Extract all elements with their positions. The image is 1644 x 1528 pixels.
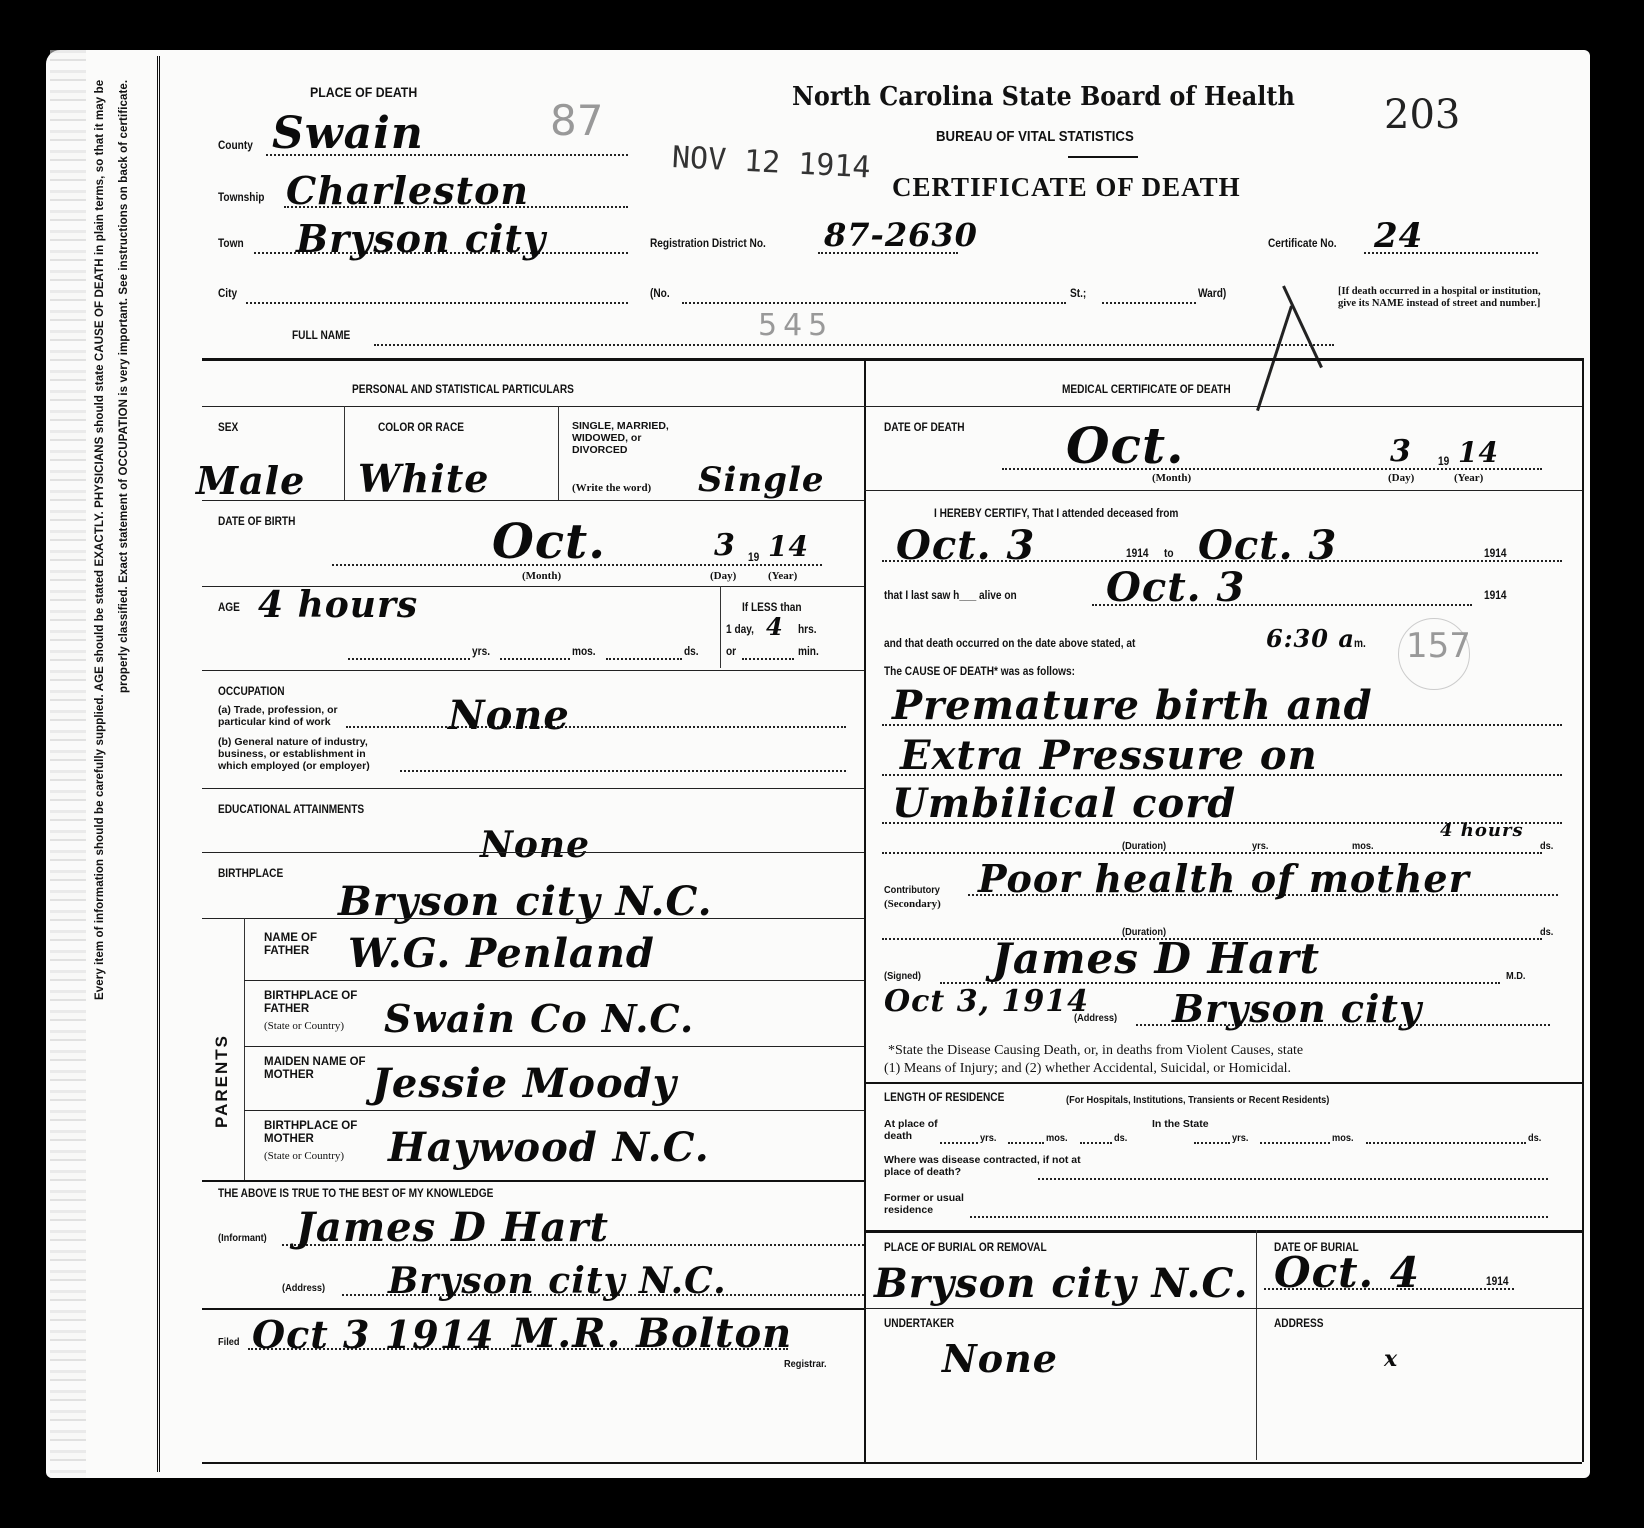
contributory-days-unit: ds. [1540, 926, 1553, 938]
county-label: County [218, 140, 253, 153]
paper-wear [50, 50, 86, 1478]
residence-days-unit: ds. [1114, 1132, 1127, 1144]
date-of-death-label: DATE OF DEATH [884, 422, 965, 435]
medical-section-heading: MEDICAL CERTIFICATE OF DEATH [1062, 384, 1231, 397]
burial-year: 1914 [1486, 1276, 1509, 1289]
certificate-form: PLACE OF DEATH 87 North Carolina State B… [162, 56, 1582, 1466]
rule [244, 918, 245, 1180]
md-label: M.D. [1506, 970, 1526, 982]
township-value: Charleston [286, 168, 529, 213]
rule [202, 670, 864, 671]
residence-line [1008, 1142, 1044, 1144]
undertaker-value: None [942, 1336, 1058, 1381]
cause-of-death-label: The CAUSE OF DEATH* was as follows: [884, 666, 1075, 679]
pencil-note-87: 87 [550, 96, 603, 145]
rule [558, 406, 559, 500]
certificate-number-label: Certificate No. [1268, 238, 1337, 251]
age-years-line [348, 658, 470, 660]
city-label: City [218, 288, 237, 301]
rule [864, 1230, 1582, 1233]
rule [202, 406, 864, 407]
day-caption: (Day) [710, 570, 736, 582]
attended-to-date: Oct. 3 [1198, 522, 1337, 569]
marital-status-value: Single [698, 460, 825, 500]
town-value: Bryson city [296, 216, 546, 261]
residence-note: (For Hospitals, Institutions, Transients… [1066, 1094, 1329, 1106]
occupation-b-label: (b) General nature of industry, business… [218, 736, 398, 772]
age-days-unit: ds. [684, 646, 699, 659]
undertaker-address-label: ADDRESS [1274, 1318, 1323, 1331]
time-of-death-label: and that death occurred on the date abov… [884, 638, 1135, 651]
duration-value: 4 hours [1440, 820, 1524, 841]
state-months-unit: mos. [1332, 1132, 1354, 1144]
check-mark-stroke [1282, 285, 1323, 368]
dob-year-value: 14 [768, 530, 809, 563]
frame-left-border [157, 56, 160, 1472]
county-value: Swain [272, 108, 424, 159]
title-divider [1068, 156, 1138, 158]
informant-signature: James D Hart [296, 1204, 609, 1251]
place-of-death-heading: PLACE OF DEATH [310, 84, 417, 100]
time-of-death-suffix: m. [1354, 638, 1366, 651]
residence-years-unit: yrs. [980, 1132, 996, 1144]
attended-to-label: to [1164, 548, 1174, 561]
father-birthplace-value: Swain Co N.C. [384, 996, 694, 1041]
occupation-b-line [400, 770, 846, 772]
rule [244, 980, 864, 981]
disease-contracted-line [1038, 1178, 1548, 1180]
town-label: Town [218, 238, 244, 251]
undertaker-address-value: x [1384, 1346, 1398, 1372]
sex-value: Male [196, 458, 305, 503]
dod-year-prefix: 19 [1438, 456, 1449, 469]
rule [864, 406, 1582, 407]
age-months-line [500, 658, 570, 660]
former-residence-line [970, 1216, 1548, 1218]
time-of-death-value: 6:30 a [1266, 624, 1355, 653]
rule [202, 500, 864, 501]
attended-to-year: 1914 [1484, 548, 1507, 561]
physician-address-value: Bryson city [1172, 986, 1422, 1031]
cause-of-death-line-3: Umbilical cord [892, 780, 1236, 827]
residence-heading: LENGTH OF RESIDENCE [884, 1092, 1004, 1105]
hospital-instruction-note: [If death occurred in a hospital or inst… [1338, 286, 1548, 310]
dod-year-value: 14 [1458, 436, 1499, 469]
last-saw-label: that I last saw h___ alive on [884, 590, 1017, 603]
date-of-birth-label: DATE OF BIRTH [218, 516, 295, 529]
footnote-line-1: *State the Disease Causing Death, or, in… [888, 1042, 1303, 1059]
marital-status-label: SINGLE, MARRIED, WIDOWED, or DIVORCED [572, 420, 682, 456]
burial-place-value: Bryson city N.C. [874, 1260, 1249, 1307]
in-state-label: In the State [1152, 1118, 1212, 1130]
rule [244, 1110, 864, 1111]
birthplace-label: BIRTHPLACE [218, 868, 283, 881]
occupation-a-label: (a) Trade, profession, or particular kin… [218, 704, 368, 728]
footnote-line-2: (1) Means of Injury; and (2) whether Acc… [884, 1060, 1291, 1077]
margin-instruction-line-2: properly classified. Exact statement of … [118, 80, 130, 1460]
father-birthplace-note: (State or Country) [264, 1020, 344, 1032]
received-date-stamp: NOV 12 1914 [671, 140, 871, 185]
dod-month-caption: (Month) [1152, 472, 1191, 484]
duration-days-unit: ds. [1540, 840, 1553, 852]
occupation-a-line [346, 726, 846, 728]
state-days-unit: ds. [1528, 1132, 1541, 1144]
street-number-label: (No. [650, 288, 670, 301]
secondary-label: (Secondary) [884, 898, 941, 910]
header-bottom-rule [202, 358, 1582, 361]
rule [344, 406, 345, 500]
pencil-note-545: 545 [758, 308, 833, 343]
rule [720, 586, 721, 668]
rule [244, 1046, 864, 1047]
dod-day-caption: (Day) [1388, 472, 1414, 484]
dod-year-caption: (Year) [1454, 472, 1483, 484]
dod-day-value: 3 [1390, 434, 1412, 469]
filed-date-value: Oct 3 1914 [252, 1312, 494, 1357]
bureau-label: BUREAU OF VITAL STATISTICS [936, 128, 1134, 145]
duration-years-unit: yrs. [1252, 840, 1268, 852]
residence-line [940, 1142, 978, 1144]
at-place-of-death-label: At place of death [884, 1118, 954, 1142]
attended-from-date: Oct. 3 [896, 522, 1035, 569]
state-years-unit: yrs. [1232, 1132, 1248, 1144]
registration-district-label: Registration District No. [650, 238, 766, 251]
mother-name-label: MAIDEN NAME OF MOTHER [264, 1056, 374, 1082]
board-title: North Carolina State Board of Health [792, 82, 1295, 112]
township-label: Township [218, 192, 264, 205]
age-months-unit: mos. [572, 646, 596, 659]
rule [202, 918, 864, 919]
race-value: White [358, 456, 489, 501]
rule [864, 1082, 1582, 1084]
certificate-number-value: 24 [1374, 216, 1423, 256]
center-column-rule [864, 358, 866, 1462]
parents-label: PARENTS [212, 968, 232, 1128]
father-name-value: W.G. Penland [348, 930, 655, 977]
rule [202, 788, 864, 789]
residence-line [1080, 1142, 1112, 1144]
duration-months-unit: mos. [1352, 840, 1374, 852]
signed-date: Oct 3, 1914 [884, 984, 1089, 1019]
last-saw-date: Oct. 3 [1106, 564, 1245, 611]
race-label: COLOR OR RACE [378, 422, 464, 435]
dob-day-value: 3 [714, 528, 736, 563]
pencil-note-157: 157 [1406, 626, 1471, 666]
age-years-unit: yrs. [472, 646, 490, 659]
margin-instruction-line-1: Every item of information should be care… [94, 80, 106, 1460]
mother-birthplace-value: Haywood N.C. [388, 1124, 710, 1171]
marital-status-note: (Write the word) [572, 482, 651, 494]
sex-label: SEX [218, 422, 238, 435]
year-caption: (Year) [768, 570, 797, 582]
last-saw-year: 1914 [1484, 590, 1507, 603]
contributory-label: Contributory [884, 884, 940, 896]
occupation-a-value: None [448, 692, 570, 739]
education-value: None [480, 824, 590, 866]
certify-statement: I HEREBY CERTIFY, That I attended deceas… [934, 508, 1178, 521]
ward-label: Ward) [1198, 288, 1226, 301]
attestation-label: THE ABOVE IS TRUE TO THE BEST OF MY KNOW… [218, 1188, 493, 1201]
file-number: 203 [1384, 92, 1460, 138]
duration-label: (Duration) [1122, 840, 1166, 852]
dod-month-value: Oct. [1066, 416, 1185, 475]
attended-from-year: 1914 [1126, 548, 1149, 561]
burial-date-value: Oct. 4 [1274, 1248, 1420, 1297]
or-label: or [726, 646, 736, 659]
duration-line [882, 852, 1542, 854]
mother-name-value: Jessie Moody [372, 1060, 677, 1107]
residence-line [1260, 1142, 1330, 1144]
street-label: St.; [1070, 288, 1086, 301]
hours-value: 4 [766, 612, 784, 641]
rule [1256, 1230, 1257, 1460]
city-line [246, 302, 628, 304]
margin-instructions: Every item of information should be care… [46, 50, 156, 1478]
mother-birthplace-note: (State or Country) [264, 1150, 344, 1162]
registrar-label: Registrar. [784, 1358, 827, 1370]
former-residence-label: Former or usual residence [884, 1192, 974, 1216]
street-line [682, 302, 1066, 304]
one-day-label: 1 day, [726, 624, 754, 637]
rule [864, 1308, 1582, 1309]
frame-bottom-border [202, 1462, 1582, 1464]
father-birthplace-label: BIRTHPLACE OF FATHER [264, 990, 364, 1016]
rule [202, 1180, 864, 1182]
physician-signature: James D Hart [992, 934, 1320, 983]
residence-months-unit: mos. [1046, 1132, 1068, 1144]
dob-month-value: Oct. [492, 514, 606, 570]
filed-label: Filed [218, 1336, 240, 1348]
residence-line [1194, 1142, 1230, 1144]
physician-address-label: (Address) [1074, 1012, 1117, 1024]
minutes-unit: min. [798, 646, 819, 659]
signed-label: (Signed) [884, 970, 921, 982]
registration-district-value: 87-2630 [824, 216, 978, 254]
rule [864, 490, 1582, 491]
dob-year-prefix: 19 [748, 552, 759, 565]
month-caption: (Month) [522, 570, 561, 582]
age-label: AGE [218, 602, 240, 615]
age-value: 4 hours [258, 584, 418, 626]
burial-place-label: PLACE OF BURIAL OR REMOVAL [884, 1242, 1047, 1255]
hours-unit: hrs. [798, 624, 817, 637]
full-name-label: FULL NAME [292, 330, 350, 343]
ward-line [1102, 302, 1196, 304]
death-certificate-page: Every item of information should be care… [46, 50, 1590, 1478]
age-days-line [606, 658, 682, 660]
disease-contracted-label: Where was disease contracted, if not at … [884, 1154, 1104, 1178]
certificate-title: CERTIFICATE OF DEATH [892, 172, 1241, 203]
education-label: EDUCATIONAL ATTAINMENTS [218, 804, 364, 817]
residence-line [1366, 1142, 1526, 1144]
minutes-line [742, 658, 794, 660]
informant-address-label: (Address) [282, 1282, 325, 1294]
contributory-value: Poor health of mother [978, 856, 1470, 901]
mother-birthplace-label: BIRTHPLACE OF MOTHER [264, 1120, 364, 1146]
cause-of-death-line-2: Extra Pressure on [900, 732, 1318, 779]
informant-label: (Informant) [218, 1232, 267, 1244]
registrar-signature: M.R. Bolton [512, 1310, 792, 1357]
frame-right-border [1582, 358, 1584, 1462]
occupation-label: OCCUPATION [218, 686, 285, 699]
full-name-line [374, 344, 1334, 346]
rule [202, 852, 864, 853]
father-name-label: NAME OF FATHER [264, 932, 344, 958]
personal-section-heading: PERSONAL AND STATISTICAL PARTICULARS [352, 384, 574, 397]
cause-of-death-line-1: Premature birth and [892, 682, 1373, 729]
undertaker-label: UNDERTAKER [884, 1318, 954, 1331]
informant-address-value: Bryson city N.C. [388, 1260, 727, 1302]
